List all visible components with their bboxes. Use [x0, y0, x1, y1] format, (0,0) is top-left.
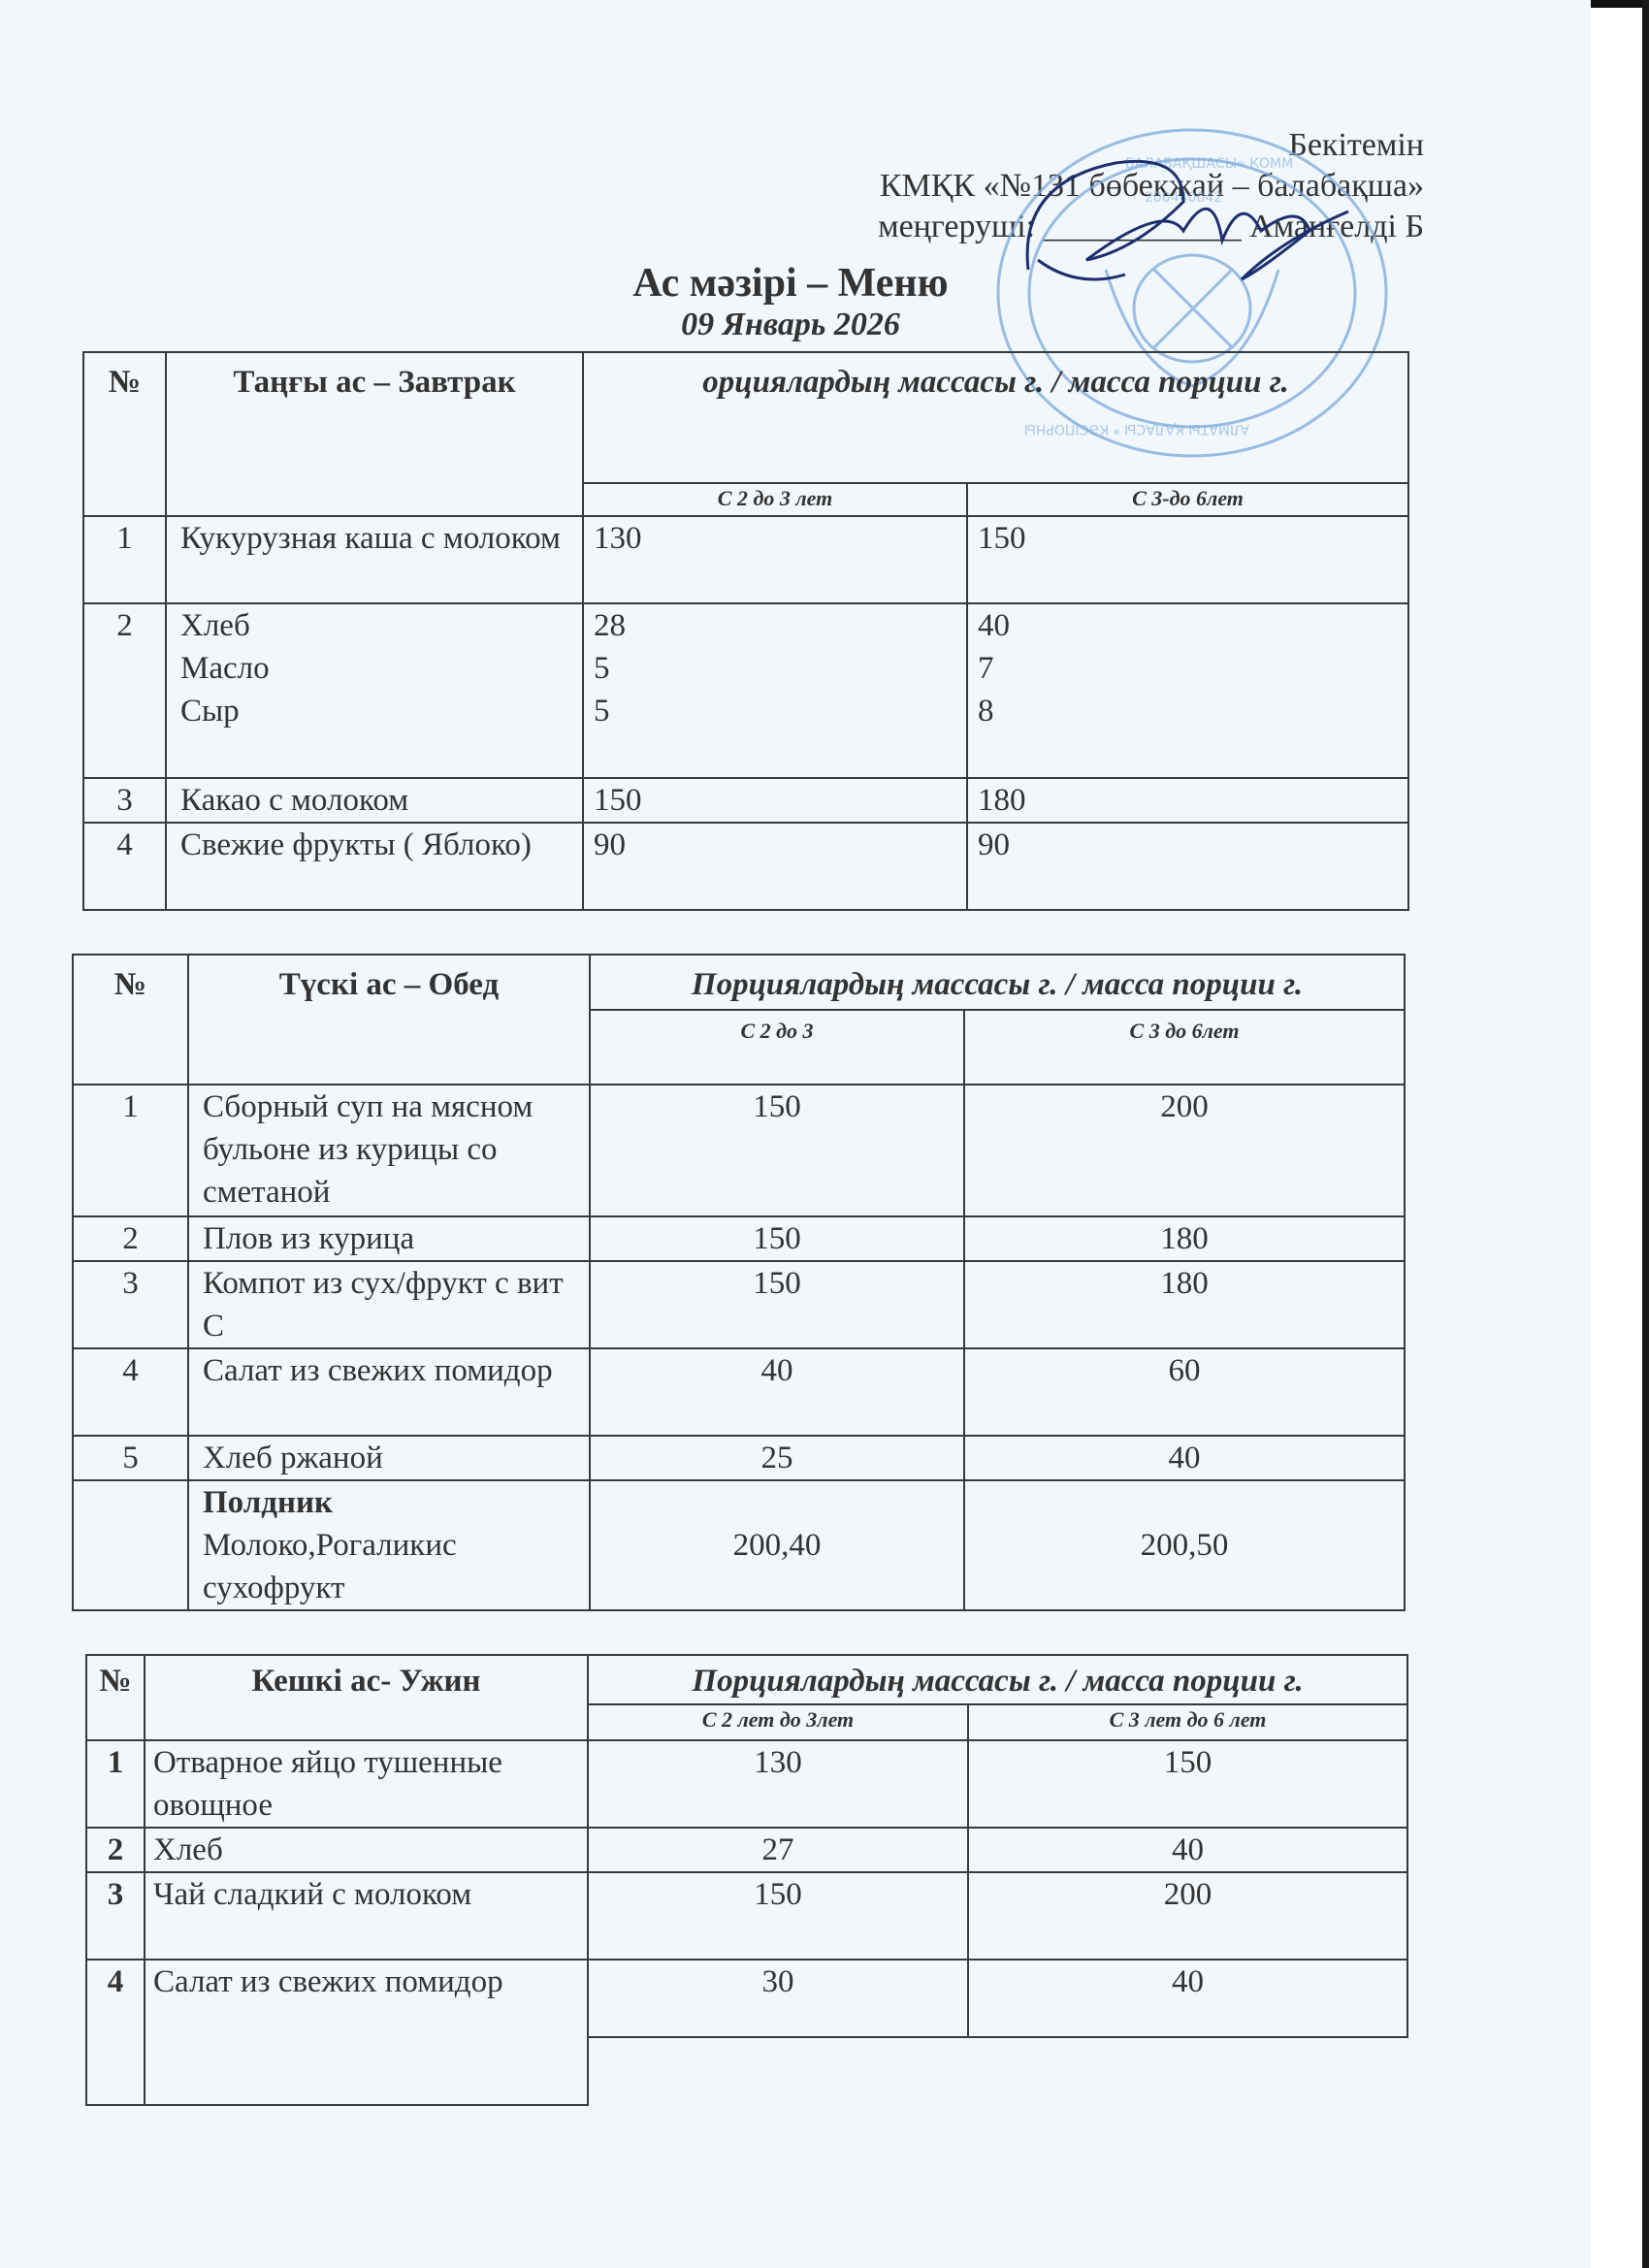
dish-name: Хлеб ржаной: [188, 1436, 590, 1480]
portion-3-6: 180: [964, 1216, 1405, 1261]
row-number: 3: [73, 1261, 188, 1348]
scan-margin: [1591, 0, 1649, 2268]
portion-3-6: 200,50: [964, 1480, 1405, 1610]
dish-name: Отварное яйцо тушенные овощное: [145, 1740, 588, 1828]
row-number: 1: [83, 516, 166, 603]
row-number: 3: [86, 1872, 145, 1960]
table-row: 1 Отварное яйцо тушенные овощное 130 150: [86, 1740, 1407, 1828]
portion-3-6: 60: [964, 1348, 1405, 1436]
dish-name: Чай сладкий с молоком: [145, 1872, 588, 1960]
director-signature-line: меңгеруші: ____________ Аманғелді Б: [878, 208, 1424, 246]
dish-name: Компот из сух/фрукт с вит С: [188, 1261, 590, 1348]
row-number: 2: [73, 1216, 188, 1261]
portion-3-6: 150: [967, 516, 1408, 603]
row-number: 4: [73, 1348, 188, 1436]
snack-cell: Полдник Молоко,Рогаликис сухофрукт: [188, 1480, 590, 1610]
portion-3-6: 40: [964, 1436, 1405, 1480]
row-number: 1: [86, 1740, 145, 1828]
portion-3-6: 180: [967, 778, 1408, 823]
portion-3-6: 40: [968, 1960, 1407, 2037]
portion-2-3: 200,40: [590, 1480, 964, 1610]
row-number: 2: [83, 603, 166, 778]
dish-name: Хлеб Масло Сыр: [166, 603, 583, 778]
portion-2-3: 25: [590, 1436, 964, 1480]
table-row: 3 Чай сладкий с молоком 150 200: [86, 1872, 1407, 1960]
dish-name: Свежие фрукты ( Яблоко): [166, 823, 583, 910]
portion-3-6: 200: [964, 1085, 1405, 1216]
portion-3-6: 200: [968, 1872, 1407, 1960]
snack-items: Молоко,Рогаликис сухофрукт: [203, 1524, 581, 1609]
age-group-2-3: С 2 лет до 3лет: [588, 1704, 968, 1740]
table-row: 4 Салат из свежих помидор 30 40: [86, 1960, 1407, 2037]
table-row: 2 Хлеб Масло Сыр 28 5 5 40 7 8: [83, 603, 1408, 778]
empty-cell: [588, 2037, 968, 2105]
portion-3-6: 40 7 8: [967, 603, 1408, 778]
dish-name: Какао с молоком: [166, 778, 583, 823]
col-number-header: №: [83, 352, 166, 516]
empty-cell: [968, 2037, 1407, 2105]
row-number: 4: [86, 1960, 145, 2105]
row-number: 5: [73, 1436, 188, 1480]
age-group-3-6: С 3-до 6лет: [967, 483, 1408, 516]
col-mass-header: Порциялардың массасы г. / масса порции г…: [588, 1655, 1407, 1704]
portion-2-3: 150: [590, 1261, 964, 1348]
portion-2-3: 150: [590, 1216, 964, 1261]
dish-name: Салат из свежих помидор: [188, 1348, 590, 1436]
col-meal-header: Таңғы ас – Завтрак: [166, 352, 583, 516]
organization-name: КМҚК «№131 бөбекжай – балабақша»: [880, 167, 1424, 206]
portion-2-3: 150: [588, 1872, 968, 1960]
dish-name: Плов из курица: [188, 1216, 590, 1261]
portion-3-6: 40: [968, 1828, 1407, 1872]
col-mass-header: орциялардың массасы г. / масса порции г.: [583, 352, 1408, 483]
dish-name: Сборный суп на мясном бульоне из курицы …: [188, 1085, 590, 1216]
age-group-2-3: С 2 до 3 лет: [583, 483, 967, 516]
dish-name: Салат из свежих помидор: [145, 1960, 588, 2105]
age-group-2-3: С 2 до 3: [590, 1010, 964, 1085]
table-row: 1 Сборный суп на мясном бульоне из куриц…: [73, 1085, 1405, 1216]
portion-3-6: 180: [964, 1261, 1405, 1348]
table-row: 2 Хлеб 27 40: [86, 1828, 1407, 1872]
table-row: 3 Какао с молоком 150 180: [83, 778, 1408, 823]
dinner-table: № Кешкі ас- Ужин Порциялардың массасы г.…: [85, 1654, 1408, 2106]
portion-2-3: 90: [583, 823, 967, 910]
scan-border-top: [1591, 0, 1649, 8]
table-row: 3 Компот из сух/фрукт с вит С 150 180: [73, 1261, 1405, 1348]
snack-title: Полдник: [203, 1481, 581, 1524]
table-row: 5 Хлеб ржаной 25 40: [73, 1436, 1405, 1480]
row-number: 2: [86, 1828, 145, 1872]
dish-name: Хлеб: [145, 1828, 588, 1872]
table-row: 4 Свежие фрукты ( Яблоко) 90 90: [83, 823, 1408, 910]
col-meal-header: Түскі ас – Обед: [188, 955, 590, 1085]
scan-border-right: [1642, 0, 1649, 2268]
col-meal-header: Кешкі ас- Ужин: [145, 1655, 588, 1740]
col-number-header: №: [86, 1655, 145, 1740]
col-number-header: №: [73, 955, 188, 1085]
table-row: 4 Салат из свежих помидор 40 60: [73, 1348, 1405, 1436]
portion-2-3: 130: [583, 516, 967, 603]
lunch-table: № Түскі ас – Обед Порциялардың массасы г…: [72, 954, 1406, 1611]
portion-2-3: 40: [590, 1348, 964, 1436]
col-mass-header: Порциялардың массасы г. / масса порции г…: [590, 955, 1405, 1010]
breakfast-table: № Таңғы ас – Завтрак орциялардың массасы…: [82, 351, 1409, 911]
row-number: 1: [73, 1085, 188, 1216]
portion-2-3: 150: [590, 1085, 964, 1216]
portion-3-6: 150: [968, 1740, 1407, 1828]
table-row: 1 Кукурузная каша с молоком 130 150: [83, 516, 1408, 603]
snack-row: Полдник Молоко,Рогаликис сухофрукт 200,4…: [73, 1480, 1405, 1610]
portion-2-3: 27: [588, 1828, 968, 1872]
approval-label: Бекітемін: [1288, 126, 1424, 165]
age-group-3-6: С 3 лет до 6 лет: [968, 1704, 1407, 1740]
row-number: [73, 1480, 188, 1610]
portion-2-3: 28 5 5: [583, 603, 967, 778]
portion-3-6: 90: [967, 823, 1408, 910]
portion-2-3: 30: [588, 1960, 968, 2037]
row-number: 3: [83, 778, 166, 823]
portion-2-3: 130: [588, 1740, 968, 1828]
row-number: 4: [83, 823, 166, 910]
page-title: Ас мәзірі – Меню: [0, 260, 1581, 307]
menu-date: 09 Январь 2026: [0, 307, 1581, 343]
dish-name: Кукурузная каша с молоком: [166, 516, 583, 603]
age-group-3-6: С 3 до 6лет: [964, 1010, 1405, 1085]
portion-2-3: 150: [583, 778, 967, 823]
table-row: 2 Плов из курица 150 180: [73, 1216, 1405, 1261]
